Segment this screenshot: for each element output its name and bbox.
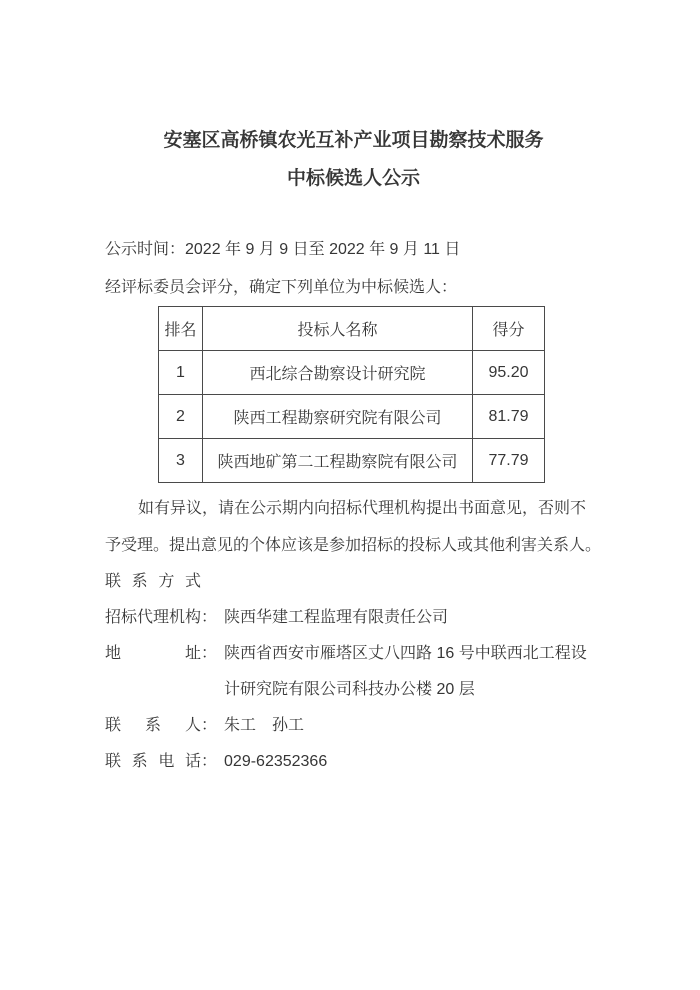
- table-row: 2 陕西工程勘察研究院有限公司 81.79: [159, 395, 545, 439]
- contact-section: 联系方式 招标代理机构： 陕西华建工程监理有限责任公司 地址： 陕西省西安市雁塔…: [105, 564, 602, 780]
- contact-section-title-line: 联系方式: [105, 564, 602, 600]
- table-row: 1 西北综合勘察设计研究院 95.20: [159, 351, 545, 395]
- address-value: 陕西省西安市雁塔区丈八四路 16 号中联西北工程设 计研究院有限公司科技办公楼 …: [217, 636, 587, 708]
- contact-person-value: 朱工 孙工: [217, 708, 304, 744]
- address-label: 地址: [105, 636, 201, 708]
- rank-cell: 2: [159, 395, 203, 439]
- publicity-period-text: 公示时间：2022 年 9 月 9 日至 2022 年 9 月 11 日: [105, 240, 602, 260]
- objection-line1: 如有异议，请在公示期内向招标代理机构提出书面意见，否则不: [105, 490, 602, 527]
- address-colon: ：: [201, 636, 217, 708]
- bidder-cell: 陕西工程勘察研究院有限公司: [203, 395, 473, 439]
- table-header-row: 排名 投标人名称 得分: [159, 307, 545, 351]
- score-cell: 81.79: [473, 395, 545, 439]
- rank-cell: 3: [159, 439, 203, 483]
- agency-line: 招标代理机构： 陕西华建工程监理有限责任公司: [105, 600, 602, 636]
- announcement-document: 安塞区高桥镇农光互补产业项目勘察技术服务 中标候选人公示 公示时间：2022 年…: [105, 0, 602, 780]
- candidates-table: 排名 投标人名称 得分 1 西北综合勘察设计研究院 95.20 2 陕西工程勘察…: [158, 306, 545, 483]
- address-value-line2: 计研究院有限公司科技办公楼 20 层: [224, 672, 587, 708]
- table-row: 3 陕西地矿第二工程勘察院有限公司 77.79: [159, 439, 545, 483]
- table-header-score: 得分: [473, 307, 545, 351]
- evaluation-note-text: 经评标委员会评分，确定下列单位为中标候选人：: [105, 278, 602, 298]
- page-title-line2: 中标候选人公示: [105, 168, 602, 190]
- contact-section-title: 联系方式: [105, 564, 201, 600]
- contact-person-line: 联系人： 朱工 孙工: [105, 708, 602, 744]
- contact-phone-label: 联系电话: [105, 744, 201, 780]
- person-colon: ：: [201, 708, 217, 744]
- table-header-rank: 排名: [159, 307, 203, 351]
- address-value-line1: 陕西省西安市雁塔区丈八四路 16 号中联西北工程设: [224, 636, 587, 672]
- objection-line2: 予受理。提出意见的个体应该是参加招标的投标人或其他利害关系人。: [105, 527, 602, 564]
- bidder-cell: 西北综合勘察设计研究院: [203, 351, 473, 395]
- contact-phone-line: 联系电话： 029-62352366: [105, 744, 602, 780]
- phone-colon: ：: [201, 744, 217, 780]
- objection-paragraph: 如有异议，请在公示期内向招标代理机构提出书面意见，否则不 予受理。提出意见的个体…: [105, 490, 602, 564]
- agency-colon: ：: [201, 600, 217, 636]
- address-line: 地址： 陕西省西安市雁塔区丈八四路 16 号中联西北工程设 计研究院有限公司科技…: [105, 636, 602, 708]
- agency-label: 招标代理机构: [105, 600, 201, 636]
- bidder-cell: 陕西地矿第二工程勘察院有限公司: [203, 439, 473, 483]
- score-cell: 95.20: [473, 351, 545, 395]
- page-title-line1: 安塞区高桥镇农光互补产业项目勘察技术服务: [105, 130, 602, 152]
- rank-cell: 1: [159, 351, 203, 395]
- table-header-bidder: 投标人名称: [203, 307, 473, 351]
- contact-phone-value: 029-62352366: [217, 744, 327, 780]
- contact-person-label: 联系人: [105, 708, 201, 744]
- agency-value: 陕西华建工程监理有限责任公司: [217, 600, 448, 636]
- score-cell: 77.79: [473, 439, 545, 483]
